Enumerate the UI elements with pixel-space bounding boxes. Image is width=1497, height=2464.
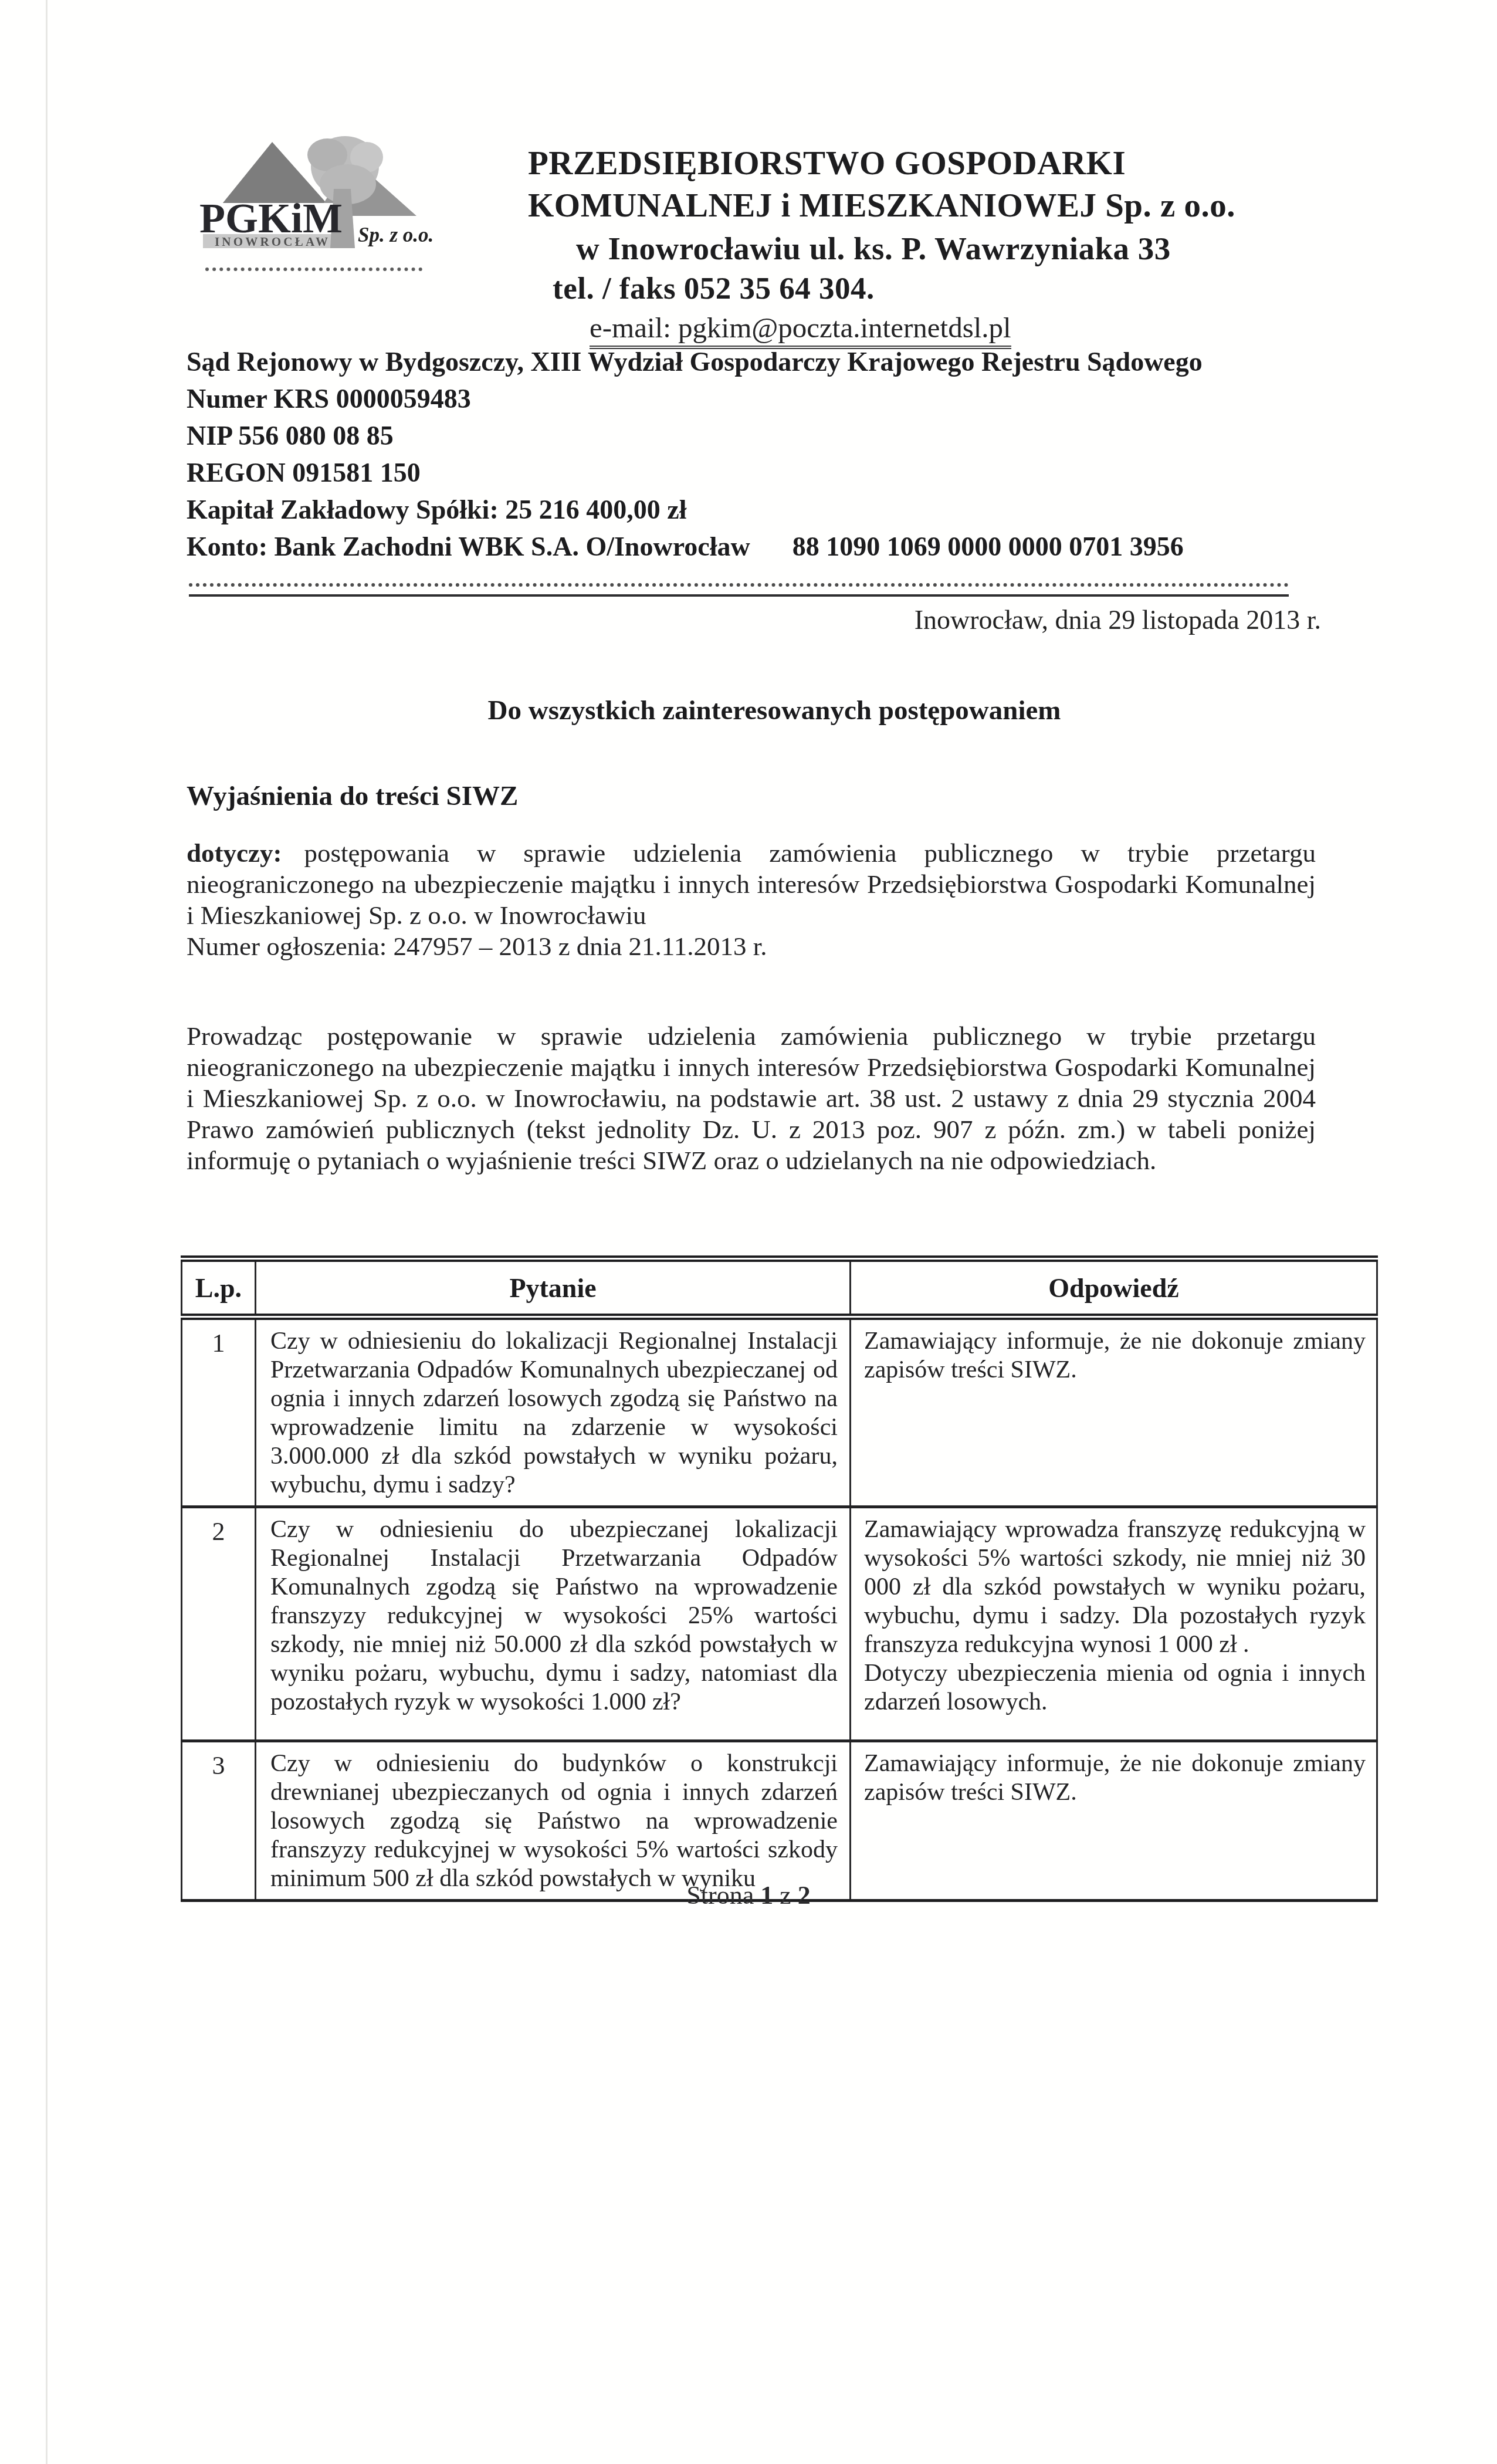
re-paragraph-text: dotyczy:postępowania w sprawie udzieleni… (187, 838, 1316, 931)
re-text: postępowania w sprawie udzielenia zamówi… (187, 838, 1316, 930)
page-footer: Strona 1 z 2 (0, 1880, 1497, 1910)
qa-table-header: L.p. Pytanie Odpowiedź (182, 1259, 1377, 1317)
company-email-text: e-mail: pgkim@poczta.internetdsl.pl (590, 312, 1011, 349)
footer-page-total: 2 (798, 1881, 811, 1910)
scan-page-edge (46, 0, 48, 2464)
table-row: 3 Czy w odniesieniu do budynków o konstr… (182, 1741, 1377, 1901)
col-header-answer: Odpowiedź (851, 1259, 1377, 1317)
company-logo: PGKiM INOWROCŁAW Sp. z o.o. (198, 130, 433, 256)
col-header-lp: L.p. (182, 1259, 256, 1317)
notice-number-line: Numer ogłoszenia: 247957 – 2013 z dnia 2… (187, 931, 1316, 962)
row3-question: Czy w odniesieniu do budynków o konstruk… (256, 1741, 851, 1901)
registry-account-label: Konto: Bank Zachodni WBK S.A. O/Inowrocł… (187, 532, 750, 561)
registry-court: Sąd Rejonowy w Bydgoszczy, XIII Wydział … (187, 346, 1336, 383)
registry-account: Konto: Bank Zachodni WBK S.A. O/Inowrocł… (187, 531, 1336, 568)
logo-city: INOWROCŁAW (215, 235, 330, 249)
row2-answer-paragraph1: Zamawiający wprowadza franszyzę redukcyj… (864, 1515, 1366, 1659)
scanned-document-page: PGKiM INOWROCŁAW Sp. z o.o. PRZEDSIĘBIOR… (0, 0, 1497, 2464)
qa-table: L.p. Pytanie Odpowiedź 1 Czy w odniesien… (181, 1255, 1378, 1902)
re-label: dotyczy: (187, 838, 282, 868)
subject-heading: Wyjaśnienia do treści SIWZ (187, 780, 518, 812)
logo-suffix: Sp. z o.o. (358, 224, 433, 246)
separator-solid-rule (189, 594, 1289, 597)
row3-number: 3 (182, 1741, 256, 1901)
table-row: 2 Czy w odniesieniu do ubezpieczanej lok… (182, 1507, 1377, 1741)
company-name-line1: PRZEDSIĘBIORSTWO GOSPODARKI (528, 144, 1126, 182)
row2-answer: Zamawiający wprowadza franszyzę redukcyj… (851, 1507, 1377, 1741)
row1-question: Czy w odniesieniu do lokalizacji Regiona… (256, 1317, 851, 1507)
footer-page-number: 1 (760, 1881, 773, 1910)
dateline: Inowrocław, dnia 29 listopada 2013 r. (704, 604, 1321, 635)
registry-nip: NIP 556 080 08 85 (187, 420, 1336, 457)
row2-question: Czy w odniesieniu do ubezpieczanej lokal… (256, 1507, 851, 1741)
footer-separator: z (773, 1881, 798, 1910)
row2-answer-paragraph2: Dotyczy ubezpieczenia mienia od ognia i … (864, 1659, 1366, 1717)
col-header-question: Pytanie (256, 1259, 851, 1317)
row1-answer: Zamawiający informuje, że nie dokonuje z… (851, 1317, 1377, 1507)
registry-account-number: 88 1090 1069 0000 0000 0701 3956 (792, 532, 1184, 561)
body-paragraph: Prowadząc postępowanie w sprawie udziele… (187, 1021, 1316, 1176)
footer-prefix: Strona (686, 1881, 760, 1910)
registry-krs: Numer KRS 0000059483 (187, 383, 1336, 420)
re-paragraph: dotyczy:postępowania w sprawie udzieleni… (187, 838, 1316, 962)
registry-regon: REGON 091581 150 (187, 457, 1336, 494)
row2-number: 2 (182, 1507, 256, 1741)
company-email: e-mail: pgkim@poczta.internetdsl.pl (590, 311, 1011, 344)
company-phone: tel. / faks 052 35 64 304. (553, 271, 875, 306)
company-address: w Inowrocławiu ul. ks. P. Wawrzyniaka 33 (576, 230, 1171, 267)
logo-underline-rule (205, 268, 422, 271)
registry-capital: Kapitał Zakładowy Spółki: 25 216 400,00 … (187, 494, 1336, 531)
company-name-line2: KOMUNALNEJ i MIESZKANIOWEJ Sp. z o.o. (528, 187, 1235, 225)
addressee-line: Do wszystkich zainteresowanych postępowa… (411, 695, 1138, 726)
mountain-tree-logo-icon: PGKiM INOWROCŁAW Sp. z o.o. (198, 130, 433, 256)
row1-number: 1 (182, 1317, 256, 1507)
row3-answer: Zamawiający informuje, że nie dokonuje z… (851, 1741, 1377, 1901)
separator-dotted-rule (189, 583, 1289, 587)
table-row: 1 Czy w odniesieniu do lokalizacji Regio… (182, 1317, 1377, 1507)
company-registry-block: Sąd Rejonowy w Bydgoszczy, XIII Wydział … (187, 346, 1336, 568)
